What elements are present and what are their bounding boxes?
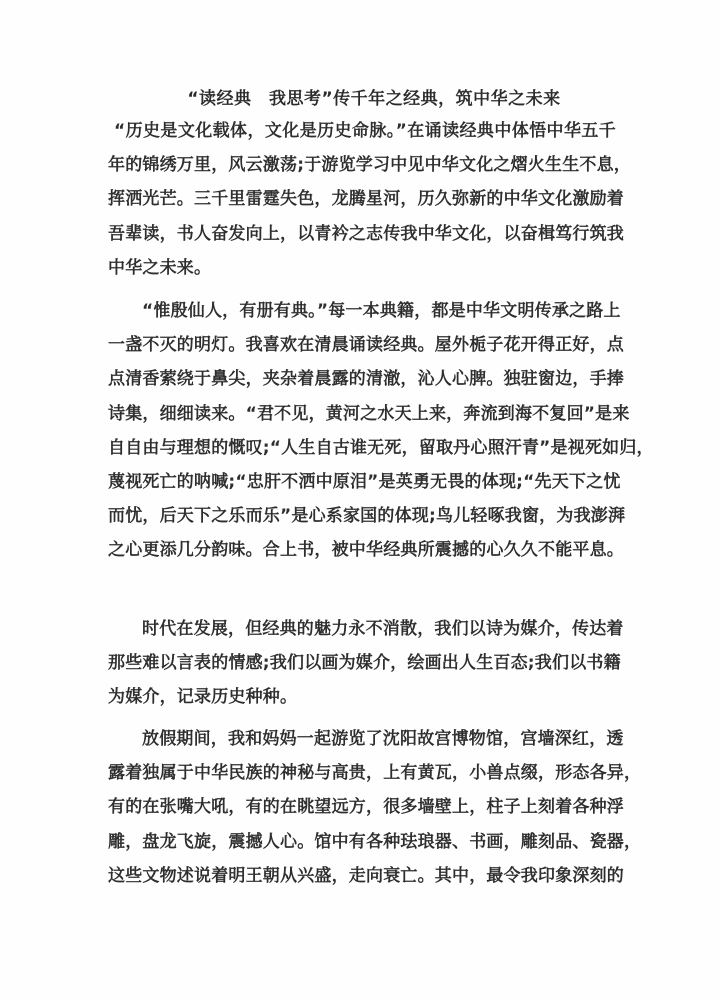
text-line: 放假期间，我和妈妈一起游览了沈阳故宫博物馆，宫墙深红，透 xyxy=(108,722,616,756)
text-line: 那些难以言表的情感;我们以画为媒介，绘画出人生百态;我们以书籍 xyxy=(108,646,616,680)
paragraph-3: 时代在发展，但经典的魅力永不消散，我们以诗为媒介，传达着 那些难以言表的情感;我… xyxy=(108,612,616,715)
text-line: 为媒介，记录历史种种。 xyxy=(108,680,616,714)
paragraph-1: “历史是文化载体，文化是历史命脉。”在诵读经典中体悟中华五千 年的锦绣万里，风云… xyxy=(108,114,616,285)
essay-title: “读经典 我思考”传千年之经典，筑中华之未来 xyxy=(0,84,720,109)
text-line: 之心更添几分韵味。合上书，被中华经典所震撼的心久久不能平息。 xyxy=(108,533,616,567)
text-line: 一盏不灭的明灯。我喜欢在清晨诵读经典。屋外栀子花开得正好，点 xyxy=(108,328,616,362)
text-line: “历史是文化载体，文化是历史命脉。”在诵读经典中体悟中华五千 xyxy=(108,114,616,148)
text-line: “惟殷仙人，有册有典。”每一本典籍，都是中华文明传承之路上 xyxy=(108,294,616,328)
text-line: 挥洒光芒。三千里雷霆失色，龙腾星河，历久弥新的中华文化激励着 xyxy=(108,182,616,216)
text-line: 有的在张嘴大吼，有的在眺望远方，很多墙壁上，柱子上刻着各种浮 xyxy=(108,790,616,824)
text-line: 露着独属于中华民族的神秘与高贵，上有黄瓦，小兽点缀，形态各异， xyxy=(108,756,616,790)
text-line: 这些文物述说着明王朝从兴盛，走向衰亡。其中，最令我印象深刻的 xyxy=(108,859,616,893)
text-line: 时代在发展，但经典的魅力永不消散，我们以诗为媒介，传达着 xyxy=(108,612,616,646)
text-line: 雕，盘龙飞旋，震撼人心。馆中有各种珐琅器、书画，雕刻品、瓷器， xyxy=(108,825,616,859)
text-line: 点清香萦绕于鼻尖，夹杂着晨露的清澈，沁人心脾。独驻窗边，手捧 xyxy=(108,362,616,396)
text-line: 年的锦绣万里，风云激荡;于游览学习中见中华文化之熠火生生不息， xyxy=(108,148,616,182)
paragraph-2: “惟殷仙人，有册有典。”每一本典籍，都是中华文明传承之路上 一盏不灭的明灯。我喜… xyxy=(108,294,616,568)
text-line: 而忧，后天下之乐而乐”是心系家国的体现;鸟儿轻啄我窗，为我澎湃 xyxy=(108,499,616,533)
text-line: 吾辈读，书人奋发向上，以青衿之志传我中华文化，以奋楫笃行筑我 xyxy=(108,217,616,251)
text-line: 自自由与理想的慨叹;“人生自古谁无死，留取丹心照汗青”是视死如归， xyxy=(108,431,616,465)
text-line: 蔑视死亡的呐喊;“忠肝不洒中原泪”是英勇无畏的体现;“先天下之忧 xyxy=(108,465,616,499)
paragraph-4: 放假期间，我和妈妈一起游览了沈阳故宫博物馆，宫墙深红，透 露着独属于中华民族的神… xyxy=(108,722,616,893)
text-line: 诗集，细细读来。“君不见，黄河之水天上来，奔流到海不复回”是来 xyxy=(108,397,616,431)
document-page: “读经典 我思考”传千年之经典，筑中华之未来 “历史是文化载体，文化是历史命脉。… xyxy=(0,0,720,1001)
text-line: 中华之未来。 xyxy=(108,251,616,285)
